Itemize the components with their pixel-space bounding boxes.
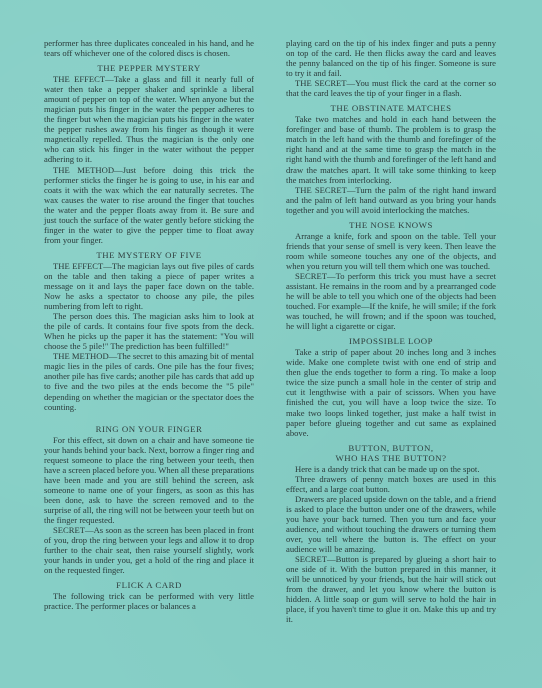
- paragraph: THE SECRET—You must flick the card at th…: [286, 78, 496, 98]
- paragraph: playing card on the tip of his index fin…: [286, 38, 496, 78]
- section-heading: THE OBSTINATE MATCHES: [286, 103, 496, 113]
- paragraph: Three drawers of penny match boxes are u…: [286, 474, 496, 494]
- paragraph: Here is a dandy trick that can be made u…: [286, 464, 496, 474]
- section-heading: THE NOSE KNOWS: [286, 220, 496, 230]
- paragraph: Take a strip of paper about 20 inches lo…: [286, 347, 496, 437]
- section-heading: RING ON YOUR FINGER: [44, 424, 254, 434]
- section-heading: IMPOSSIBLE LOOP: [286, 336, 496, 346]
- paragraph: Arrange a knife, fork and spoon on the t…: [286, 231, 496, 271]
- section-heading: THE PEPPER MYSTERY: [44, 63, 254, 73]
- paragraph: The following trick can be performed wit…: [44, 591, 254, 611]
- paragraph: SECRET—As soon as the screen has been pl…: [44, 525, 254, 575]
- paragraph: THE SECRET—Turn the palm of the right ha…: [286, 185, 496, 215]
- paragraph: SECRET—To perform this trick you must ha…: [286, 271, 496, 331]
- section-heading: BUTTON, BUTTON, WHO HAS THE BUTTON?: [286, 443, 496, 463]
- paragraph: Drawers are placed upside down on the ta…: [286, 494, 496, 554]
- section-heading: FLICK A CARD: [44, 580, 254, 590]
- paragraph: SECRET—Button is prepared by glueing a s…: [286, 554, 496, 624]
- paragraph: For this effect, sit down on a chair and…: [44, 435, 254, 525]
- paragraph: THE METHOD—The secret to this amazing bi…: [44, 351, 254, 411]
- paragraph: THE EFFECT—Take a glass and fill it near…: [44, 74, 254, 164]
- paragraph: performer has three duplicates concealed…: [44, 38, 254, 58]
- paragraph: Take two matches and hold in each hand b…: [286, 114, 496, 184]
- paragraph: THE METHOD—Just before doing this trick …: [44, 165, 254, 245]
- paragraph: The person does this. The magician asks …: [44, 311, 254, 351]
- section-heading: THE MYSTERY OF FIVE: [44, 250, 254, 260]
- paragraph: THE EFFECT—The magician lays out five pi…: [44, 261, 254, 311]
- right-column: playing card on the tip of his index fin…: [286, 38, 496, 624]
- left-column: performer has three duplicates concealed…: [44, 38, 254, 611]
